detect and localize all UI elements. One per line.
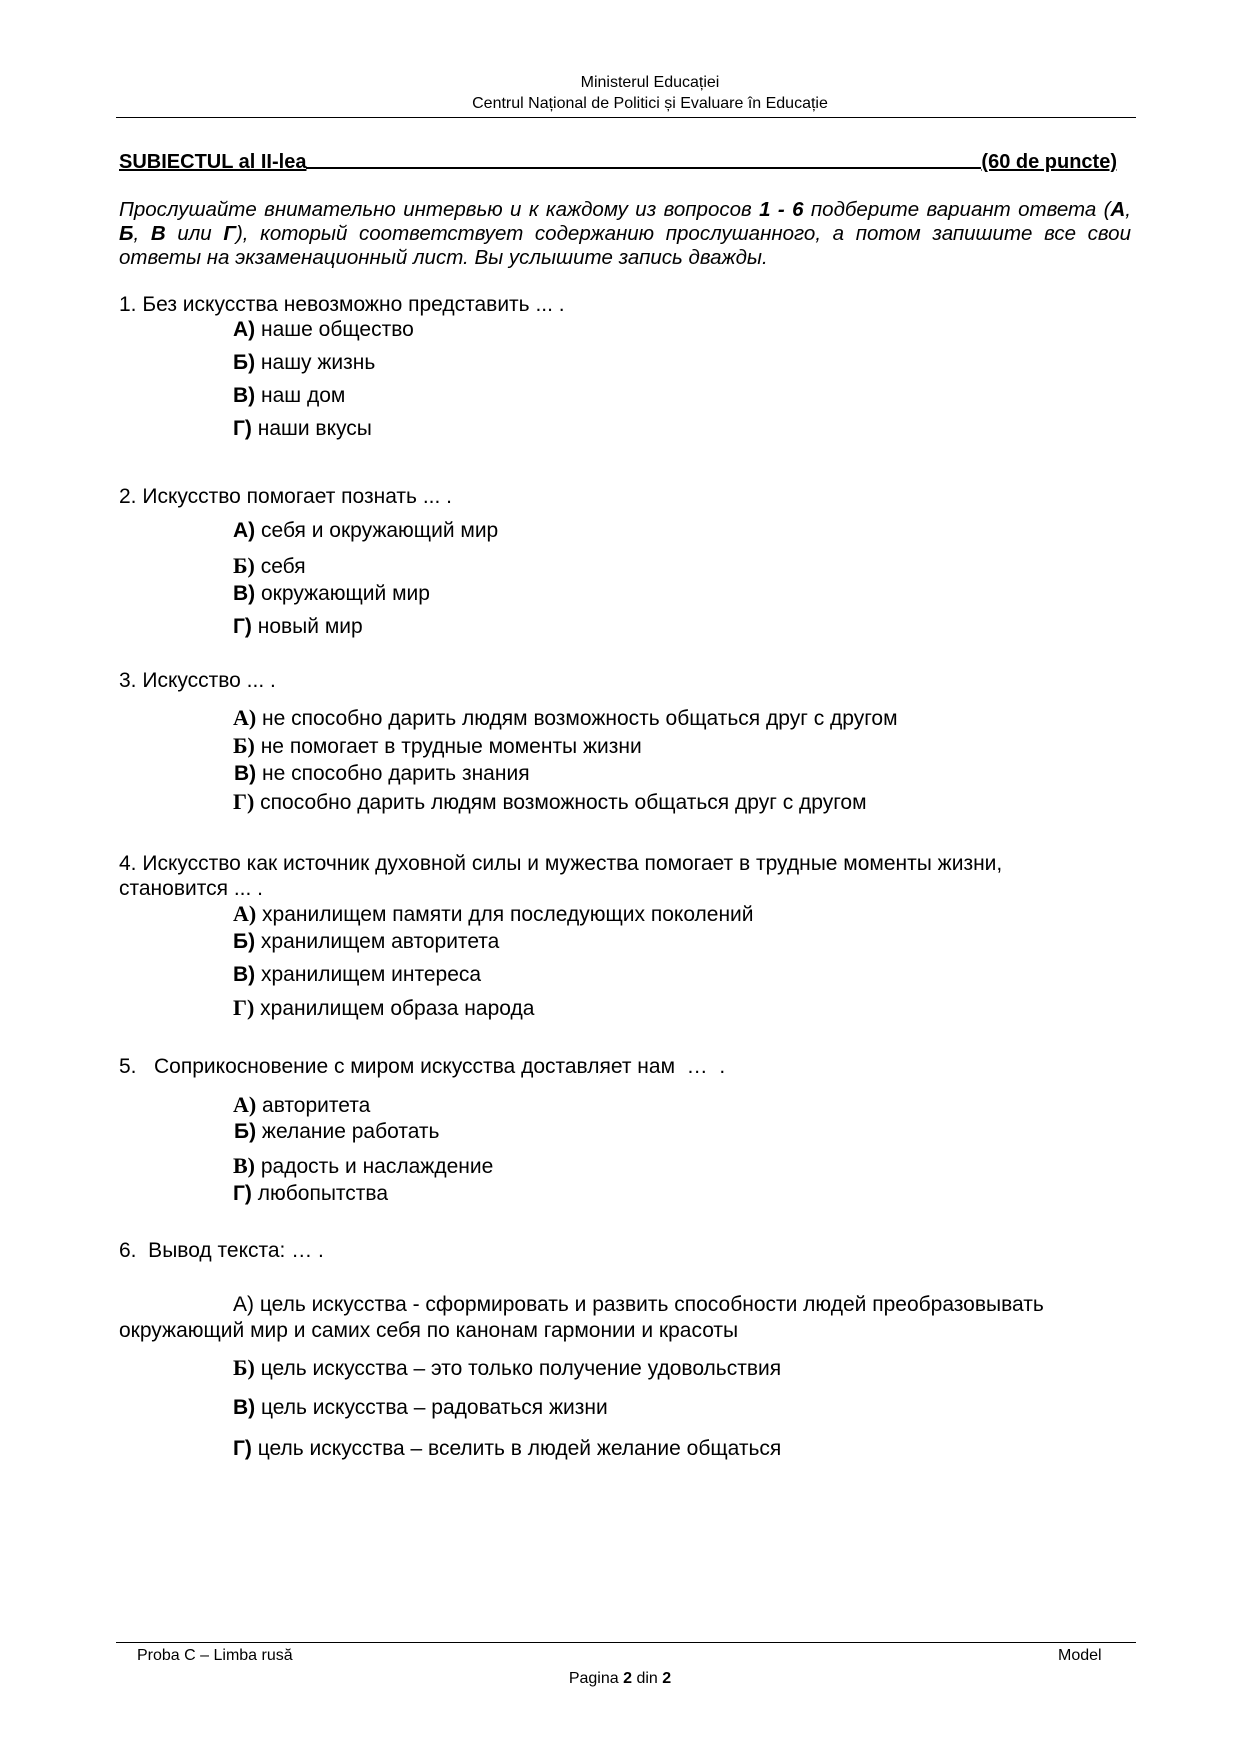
option-text: хранилищем памяти для последующих поколе… (256, 903, 753, 926)
option-text: не помогает в трудные моменты жизни (255, 735, 642, 758)
option: Г) цель искусства – вселить в людей жела… (233, 1436, 781, 1462)
option: Г) наши вкусы (233, 416, 372, 442)
option-letter: А) (233, 1092, 256, 1117)
option-text: цель искусства – это только получение уд… (255, 1357, 781, 1380)
question-3: 3. Искусство ... . (119, 668, 276, 694)
option-letter: Г) (233, 995, 254, 1020)
option: Б) желание работать (234, 1119, 440, 1145)
option-letter: Б) (233, 930, 255, 953)
instructions-text: подберите вариант ответа ( (804, 198, 1111, 221)
letter-a: А (1110, 198, 1125, 221)
option: А) не способно дарить людям возможность … (233, 705, 898, 732)
option-letter: В) (233, 1153, 255, 1178)
page-mid: din (632, 1670, 662, 1687)
question-4-line2: становится ... . (119, 876, 263, 902)
option-text: себя и окружающий мир (255, 519, 498, 542)
option: В) хранилищем интереса (233, 962, 481, 988)
option-letter: Г) (233, 1182, 252, 1205)
option-letter: В) (233, 582, 255, 605)
option: Г) новый мир (233, 614, 363, 640)
separator: или (166, 222, 224, 245)
option-text: цель искусства – радоваться жизни (255, 1396, 608, 1419)
document-header: Ministerul Educației Centrul Național de… (0, 72, 1240, 114)
page-total: 2 (662, 1670, 671, 1687)
option: А) цель искусства - сформировать и разви… (119, 1292, 1129, 1344)
option-letter: В) (233, 1396, 255, 1419)
option-letter: Г) (233, 615, 252, 638)
subject-points: (60 de puncte) (981, 150, 1117, 174)
option-text: цель искусства - сформировать и развить … (119, 1293, 1044, 1342)
option-text: способно дарить людям возможность общать… (254, 791, 866, 814)
option: Б) хранилищем авторитета (233, 929, 499, 955)
separator: , (134, 222, 151, 245)
question-5: 5. Соприкосновение с миром искусства дос… (119, 1054, 725, 1080)
option: А) авторитета (233, 1092, 370, 1119)
option-letter: Б) (233, 733, 255, 758)
option: Г) хранилищем образа народа (233, 995, 534, 1022)
footer-divider (116, 1642, 1136, 1643)
option: В) наш дом (233, 383, 345, 409)
option-text: нашу жизнь (255, 351, 375, 374)
instructions: Прослушайте внимательно интервью и к каж… (119, 198, 1131, 270)
option-text: наше общество (255, 318, 414, 341)
option: А) себя и окружающий мир (233, 518, 498, 544)
option-letter: Б) (233, 1355, 255, 1380)
ministry-name: Ministerul Educației (60, 72, 1240, 93)
exam-name: Proba C – Limba rusă (137, 1647, 293, 1665)
option-text: авторитета (256, 1094, 370, 1117)
option-text: радость и наслаждение (255, 1155, 493, 1178)
option-letter: Г) (233, 789, 254, 814)
option-letter: Б) (234, 1120, 256, 1143)
option: Б) нашу жизнь (233, 350, 375, 376)
option-letter: А) (233, 519, 255, 542)
option-text: хранилищем образа народа (254, 997, 534, 1020)
instructions-text: ), который соответствует содержанию прос… (119, 222, 1131, 269)
center-name: Centrul Național de Politici și Evaluare… (60, 93, 1240, 114)
option: А) хранилищем памяти для последующих пок… (233, 901, 754, 928)
separator: , (1125, 198, 1131, 221)
option-text: хранилищем интереса (255, 963, 481, 986)
letter-b: Б (119, 222, 134, 245)
model-label: Model (1058, 1647, 1102, 1665)
option-text: наши вкусы (252, 417, 372, 440)
subject-heading: SUBIECTUL al II-lea (60 de puncte) (119, 150, 1117, 174)
option-letter: А) (233, 318, 255, 341)
question-6: 6. Вывод текста: … . (119, 1238, 324, 1264)
option: Г) способно дарить людям возможность общ… (233, 789, 867, 816)
subject-title: SUBIECTUL al II-lea (119, 150, 306, 174)
page-number: Pagina 2 din 2 (0, 1670, 1240, 1688)
question-4-line1: 4. Искусство как источник духовной силы … (119, 851, 1002, 877)
option-text: цель искусства – вселить в людей желание… (252, 1437, 781, 1460)
option-text: окружающий мир (255, 582, 430, 605)
option: Б) цель искусства – это только получение… (233, 1355, 781, 1382)
option: В) радость и наслаждение (233, 1153, 493, 1180)
option: В) окружающий мир (233, 581, 430, 607)
option-text: не способно дарить людям возможность общ… (256, 707, 897, 730)
header-divider (116, 117, 1136, 118)
option: Г) любопытства (233, 1181, 388, 1207)
question-range: 1 - 6 (759, 198, 803, 221)
option-letter: В) (233, 384, 255, 407)
option-text: желание работать (256, 1120, 439, 1143)
letter-v: В (151, 222, 166, 245)
option-letter: Г) (233, 1437, 252, 1460)
option-letter: А) (233, 1293, 254, 1316)
option-text: себя (255, 555, 306, 578)
question-2: 2. Искусство помогает познать ... . (119, 484, 452, 510)
option: Б) себя (233, 553, 306, 580)
question-1: 1. Без искусства невозможно представить … (119, 292, 565, 318)
option-letter: Б) (233, 351, 255, 374)
option-text: не способно дарить знания (256, 762, 529, 785)
option-letter: Б) (233, 553, 255, 578)
letter-g: Г (223, 222, 236, 245)
option-text: хранилищем авторитета (255, 930, 499, 953)
option-letter: В) (234, 762, 256, 785)
option-letter: А) (233, 901, 256, 926)
option: А) наше общество (233, 317, 414, 343)
option-text: наш дом (255, 384, 345, 407)
option-text: любопытства (252, 1182, 388, 1205)
instructions-text: Прослушайте внимательно интервью и к каж… (119, 198, 759, 221)
subject-underline (306, 150, 981, 169)
page-current: 2 (623, 1670, 632, 1687)
option: Б) не помогает в трудные моменты жизни (233, 733, 642, 760)
option-letter: В) (233, 963, 255, 986)
option-text: новый мир (252, 615, 363, 638)
page-prefix: Pagina (569, 1670, 623, 1687)
option: В) цель искусства – радоваться жизни (233, 1395, 608, 1421)
option-letter: А) (233, 705, 256, 730)
option-letter: Г) (233, 417, 252, 440)
option: В) не способно дарить знания (234, 761, 530, 787)
